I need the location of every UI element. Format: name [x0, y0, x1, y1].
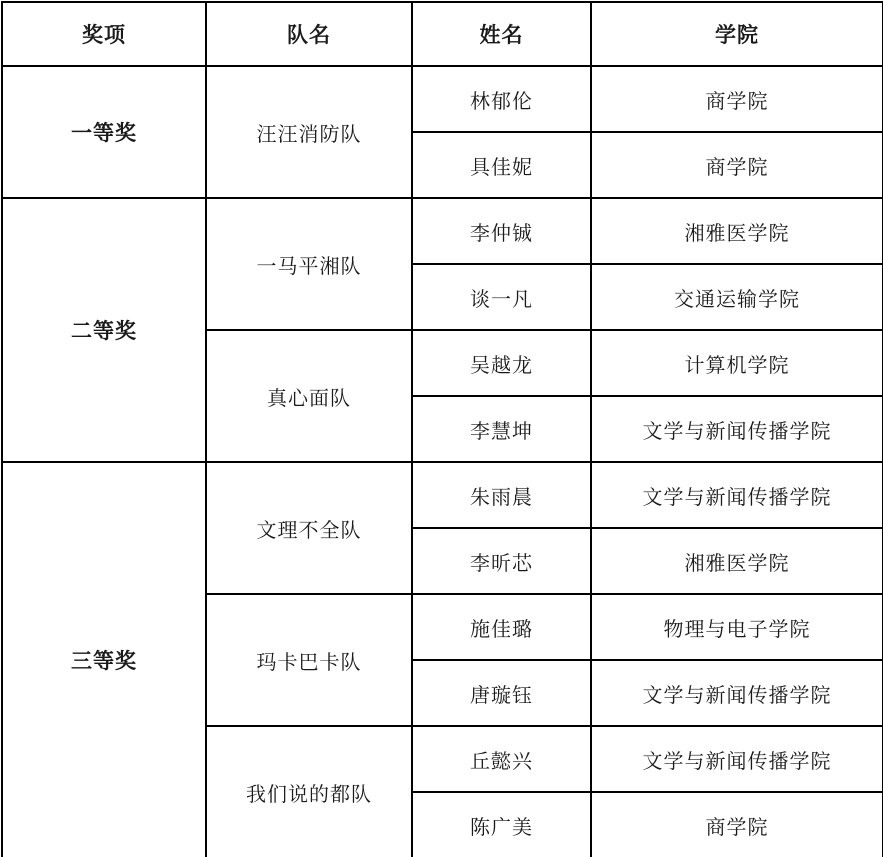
college-cell: 文学与新闻传播学院: [591, 396, 883, 462]
college-cell: 交通运输学院: [591, 264, 883, 330]
team-cell: 我们说的都队: [206, 726, 412, 857]
header-name: 姓名: [412, 2, 591, 66]
name-cell: 李仲铖: [412, 198, 591, 264]
header-team: 队名: [206, 2, 412, 66]
awards-document-page: 奖项 队名 姓名 学院 一等奖 汪汪消防队 林郁伦 商学院 具佳妮 商学院 二等…: [0, 1, 883, 857]
name-cell: 丘懿兴: [412, 726, 591, 792]
name-cell: 唐璇钰: [412, 660, 591, 726]
name-cell: 朱雨晨: [412, 462, 591, 528]
college-cell: 商学院: [591, 66, 883, 132]
team-cell: 一马平湘队: [206, 198, 412, 330]
name-cell: 陈广美: [412, 792, 591, 857]
award-cell-first-prize: 一等奖: [2, 66, 206, 198]
header-college: 学院: [591, 2, 883, 66]
name-cell: 林郁伦: [412, 66, 591, 132]
college-cell: 文学与新闻传播学院: [591, 462, 883, 528]
awards-table: 奖项 队名 姓名 学院 一等奖 汪汪消防队 林郁伦 商学院 具佳妮 商学院 二等…: [1, 1, 883, 857]
team-cell: 玛卡巴卡队: [206, 594, 412, 726]
name-cell: 谈一凡: [412, 264, 591, 330]
college-cell: 湘雅医学院: [591, 198, 883, 264]
name-cell: 李慧坤: [412, 396, 591, 462]
name-cell: 具佳妮: [412, 132, 591, 198]
award-cell-third-prize: 三等奖: [2, 462, 206, 857]
team-cell: 文理不全队: [206, 462, 412, 594]
college-cell: 湘雅医学院: [591, 528, 883, 594]
college-cell: 物理与电子学院: [591, 594, 883, 660]
header-row: 奖项 队名 姓名 学院: [2, 2, 883, 66]
college-cell: 商学院: [591, 132, 883, 198]
table-row: 二等奖 一马平湘队 李仲铖 湘雅医学院: [2, 198, 883, 264]
name-cell: 吴越龙: [412, 330, 591, 396]
team-cell: 汪汪消防队: [206, 66, 412, 198]
college-cell: 文学与新闻传播学院: [591, 660, 883, 726]
team-cell: 真心面队: [206, 330, 412, 462]
college-cell: 商学院: [591, 792, 883, 857]
name-cell: 施佳璐: [412, 594, 591, 660]
college-cell: 计算机学院: [591, 330, 883, 396]
table-row: 一等奖 汪汪消防队 林郁伦 商学院: [2, 66, 883, 132]
award-cell-second-prize: 二等奖: [2, 198, 206, 462]
name-cell: 李昕芯: [412, 528, 591, 594]
college-cell: 文学与新闻传播学院: [591, 726, 883, 792]
header-award: 奖项: [2, 2, 206, 66]
table-row: 三等奖 文理不全队 朱雨晨 文学与新闻传播学院: [2, 462, 883, 528]
